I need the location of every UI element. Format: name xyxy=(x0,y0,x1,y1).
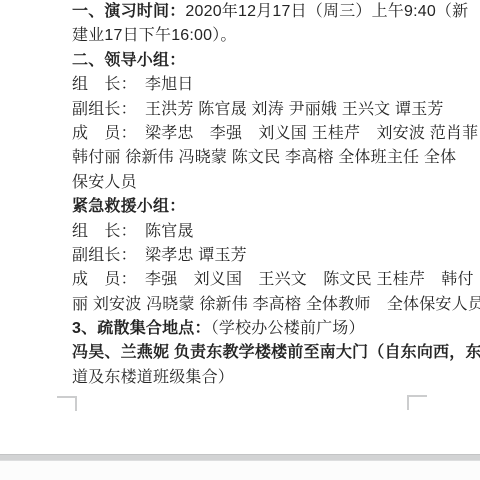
text-segment: 副组长： 王洪芳 陈官晟 刘涛 尹丽娥 王兴文 谭玉芳 xyxy=(72,101,444,118)
text-line: 冯昊、兰燕妮 负责东教学楼楼前至南大门（自东向西，东楼中厅楼 xyxy=(72,341,464,365)
text-line: 紧急救援小组： xyxy=(72,195,464,219)
text-line: 韩付丽 徐新伟 冯晓蒙 陈文民 李高榕 全体班主任 全体 xyxy=(72,146,464,170)
text-line: 成 员： 梁孝忠 李强 刘义国 王桂芹 刘安波 范肖菲 xyxy=(72,122,464,146)
text-line: 建业17日下午16:00）。 xyxy=(72,24,464,48)
text-line: 组 长： 陈官晟 xyxy=(72,220,464,244)
text-line: 保安人员 xyxy=(72,171,464,195)
text-segment: 韩付丽 徐新伟 冯晓蒙 陈文民 李高榕 全体班主任 全体 xyxy=(72,149,456,166)
text-line: 一、演习时间：2020年12月17日（周三）上午9:40（新 xyxy=(72,0,464,24)
text-segment: 2020年12月17日（周三）上午9:40（新 xyxy=(185,3,468,20)
text-line: 道及东楼道班级集合） xyxy=(72,366,464,390)
next-page-area xyxy=(0,461,480,480)
text-segment: 组 长： 陈官晟 xyxy=(72,223,194,240)
text-segment: 保安人员 xyxy=(72,174,137,191)
text-segment: 建业17日下午16:00）。 xyxy=(72,27,237,44)
text-segment: 3、疏散集合地点： xyxy=(72,320,211,337)
document-page: 一、演习时间：2020年12月17日（周三）上午9:40（新建业17日下午16:… xyxy=(0,0,480,480)
text-segment: 二、领导小组： xyxy=(72,52,185,69)
text-segment: 紧急救援小组： xyxy=(72,198,185,215)
margin-mark-right xyxy=(407,395,427,410)
text-line: 丽 刘安波 冯晓蒙 徐新伟 李高榕 全体教师 全体保安人员 xyxy=(72,293,464,317)
text-segment: 成 员： 李强 刘义国 王兴文 陈文民 王桂芹 韩付 xyxy=(72,271,474,288)
text-segment: 副组长： 梁孝忠 谭玉芳 xyxy=(72,247,247,264)
text-line: 二、领导小组： xyxy=(72,49,464,73)
text-segment: 组 长： 李旭日 xyxy=(72,76,194,93)
text-segment: 一、演习时间： xyxy=(72,3,185,20)
text-line: 3、疏散集合地点：（学校办公楼前广场） xyxy=(72,317,464,341)
text-line: 副组长： 梁孝忠 谭玉芳 xyxy=(72,244,464,268)
text-segment: 成 员： 梁孝忠 李强 刘义国 王桂芹 刘安波 范肖菲 xyxy=(72,125,478,142)
page-break-bar xyxy=(0,454,480,461)
text-segment: 道及东楼道班级集合） xyxy=(72,369,234,386)
text-block: 一、演习时间：2020年12月17日（周三）上午9:40（新建业17日下午16:… xyxy=(72,0,464,390)
text-segment: 丽 刘安波 冯晓蒙 徐新伟 李高榕 全体教师 全体保安人员 xyxy=(72,296,480,313)
margin-mark-left xyxy=(57,396,77,411)
text-line: 副组长： 王洪芳 陈官晟 刘涛 尹丽娥 王兴文 谭玉芳 xyxy=(72,98,464,122)
text-line: 组 长： 李旭日 xyxy=(72,73,464,97)
text-segment: （学校办公楼前广场） xyxy=(211,320,365,337)
text-segment: 冯昊、兰燕妮 负责东教学楼楼前至南大门（自东向西，东楼中厅楼 xyxy=(72,344,480,361)
text-line: 成 员： 李强 刘义国 王兴文 陈文民 王桂芹 韩付 xyxy=(72,268,464,292)
